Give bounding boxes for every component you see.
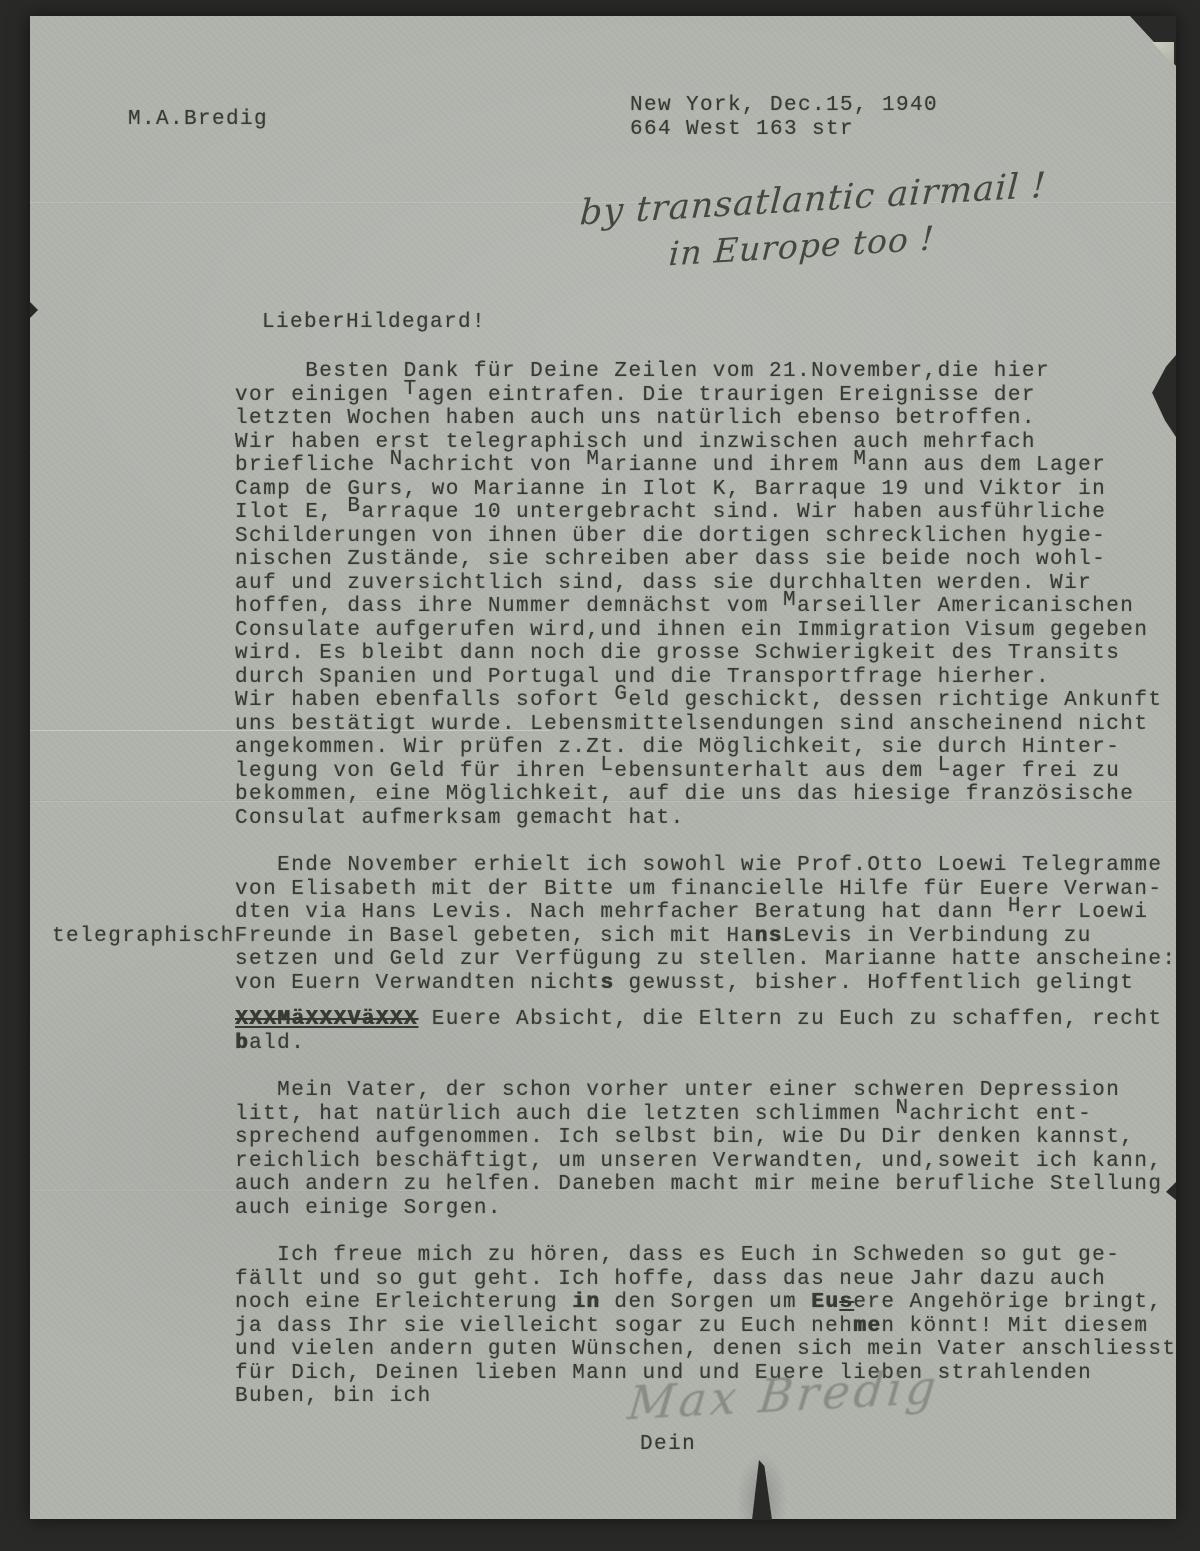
edge-nick	[30, 302, 38, 318]
body-line: bald.	[235, 1032, 1195, 1056]
body-line: noch eine Erleichterung in den Sorgen um…	[235, 1291, 1195, 1315]
body-line: reichlich beschäftigt, um unseren Verwan…	[235, 1150, 1195, 1174]
body-line: von Elisabeth mit der Bitte um financiel…	[235, 878, 1195, 902]
body-line: nischen Zustände, sie schreiben aber das…	[235, 548, 1195, 572]
closing-word: Dein	[235, 1433, 1195, 1457]
paragraph: Besten Dank für Deine Zeilen vom 21.Nove…	[235, 360, 1195, 830]
address-line: 664 West 163 str	[630, 118, 938, 142]
paragraph: XXXMäXXXVäXXX Euere Absicht, die Eltern …	[235, 1008, 1195, 1055]
body-line: telegraphischFreunde in Basel gebeten, s…	[52, 925, 1195, 949]
body-line: vor einigen Tagen eintrafen. Die traurig…	[235, 384, 1195, 408]
body-line: fällt und so gut geht. Ich hoffe, dass d…	[235, 1268, 1195, 1292]
body-line: letzten Wochen haben auch uns natürlich …	[235, 407, 1195, 431]
body-line: und vielen andern guten Wünschen, denen …	[235, 1338, 1195, 1362]
salutation: LieberHildegard!	[262, 311, 486, 334]
body-line: angekommen. Wir prüfen z.Zt. die Möglich…	[235, 736, 1195, 760]
body-line: hoffen, dass ihre Nummer demnächst vom M…	[235, 595, 1195, 619]
body-line: litt, hat natürlich auch die letzten sch…	[235, 1103, 1195, 1127]
body-line: Wir haben erst telegraphisch und inzwisc…	[235, 431, 1195, 455]
body-line: setzen und Geld zur Verfügung zu stellen…	[235, 948, 1195, 972]
body-line: Ilot E, Barraque 10 untergebracht sind. …	[235, 501, 1195, 525]
body-line: briefliche Nachricht von Marianne und ih…	[235, 454, 1195, 478]
body-line: wird. Es bleibt dann noch die grosse Sch…	[235, 642, 1195, 666]
sender-name: M.A.Bredig	[128, 108, 268, 131]
body-line: Consulat aufmerksam gemacht hat.	[235, 807, 1195, 831]
date-address-block: New York, Dec.15, 1940 664 West 163 str	[630, 94, 938, 142]
body-line: Besten Dank für Deine Zeilen vom 21.Nove…	[235, 360, 1195, 384]
paragraph: Mein Vater, der schon vorher unter einer…	[235, 1079, 1195, 1220]
letter-paper: M.A.Bredig New York, Dec.15, 1940 664 We…	[30, 16, 1176, 1519]
body-line: auch andern zu helfen. Daneben macht mir…	[235, 1173, 1195, 1197]
body-line: Consulate aufgerufen wird,und ihnen ein …	[235, 619, 1195, 643]
body-line: sprechend aufgenommen. Ich selbst bin, w…	[235, 1126, 1195, 1150]
body-line: Ich freue mich zu hören, dass es Euch in…	[235, 1244, 1195, 1268]
body-line: Wir haben ebenfalls sofort Geld geschick…	[235, 689, 1195, 713]
body-line: durch Spanien und Portugal und die Trans…	[235, 666, 1195, 690]
folded-corner-flap	[1152, 42, 1174, 72]
airmail-handwritten-note: by transatlantic airmail ! in Europe too…	[576, 157, 1141, 283]
body-line: dten via Hans Levis. Nach mehrfacher Ber…	[235, 901, 1195, 925]
body-line: auch einige Sorgen.	[235, 1197, 1195, 1221]
body-line: Mein Vater, der schon vorher unter einer…	[235, 1079, 1195, 1103]
body-line: legung von Geld für ihren Lebensunterhal…	[235, 760, 1195, 784]
body-line: bekommen, eine Möglichkeit, auf die uns …	[235, 783, 1195, 807]
scan-background: M.A.Bredig New York, Dec.15, 1940 664 We…	[0, 0, 1200, 1551]
paragraph: Ende November erhielt ich sowohl wie Pro…	[235, 854, 1195, 995]
body-line: Schilderungen von ihnen über die dortige…	[235, 525, 1195, 549]
body-line: auf und zuversichtlich sind, dass sie du…	[235, 572, 1195, 596]
body-line: Camp de Gurs, wo Marianne in Ilot K, Bar…	[235, 478, 1195, 502]
body-line: Ende November erhielt ich sowohl wie Pro…	[235, 854, 1195, 878]
body-line: ja dass Ihr sie vielleicht sogar zu Euch…	[235, 1315, 1195, 1339]
place-date-line: New York, Dec.15, 1940	[630, 94, 938, 118]
body-line: von Euern Verwandten nichts gewusst, bis…	[235, 972, 1195, 996]
body-line: XXXMäXXXVäXXX Euere Absicht, die Eltern …	[235, 1008, 1195, 1032]
body-line: uns bestätigt wurde. Lebensmittelsendung…	[235, 713, 1195, 737]
letter-body: Besten Dank für Deine Zeilen vom 21.Nove…	[235, 360, 1195, 1456]
